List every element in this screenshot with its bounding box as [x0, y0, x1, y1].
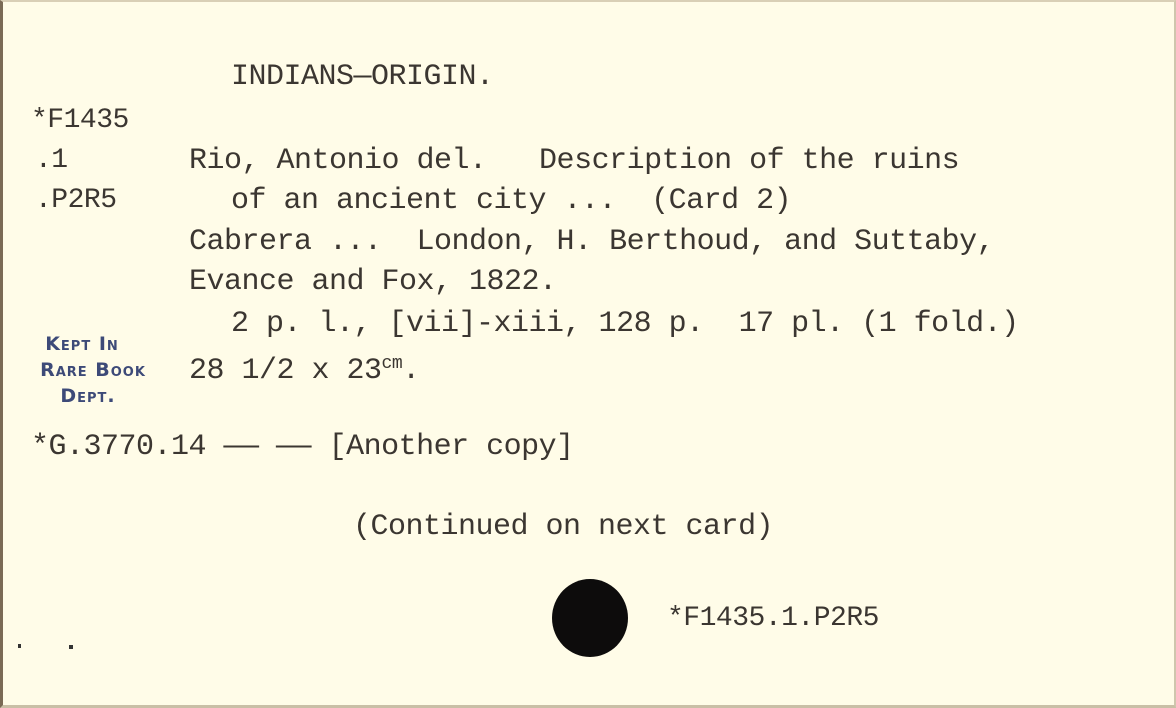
- stamp-line2: Rare Book: [5, 360, 181, 380]
- ink-speck: [69, 645, 73, 649]
- another-copy-call-number: *G.3770.14: [31, 430, 206, 464]
- another-copy-dashes: —— ——: [224, 430, 312, 464]
- dimensions-unit: cm: [382, 354, 403, 374]
- continued-note: (Continued on next card): [353, 510, 773, 544]
- entry-imprint-cont: Evance and Fox, 1822.: [189, 265, 557, 299]
- another-copy-note: [Another copy]: [329, 430, 574, 464]
- another-copy-line: *G.3770.14 —— —— [Another copy]: [31, 430, 574, 464]
- stamp-line1: Kept In: [37, 334, 127, 354]
- entry-author-title: Rio, Antonio del. Description of the rui…: [189, 144, 959, 178]
- dimensions-value: 28 1/2 x 23: [189, 354, 382, 388]
- ink-speck: [18, 644, 21, 648]
- entry-collation: 2 p. l., [vii]-xiii, 128 p. 17 pl. (1 fo…: [231, 307, 1019, 341]
- stamp-line3: Dept.: [43, 386, 133, 406]
- dimensions-period: .: [402, 354, 420, 388]
- entry-imprint: Cabrera ... London, H. Berthoud, and Sut…: [189, 225, 994, 259]
- subject-heading: INDIANS—ORIGIN.: [231, 60, 494, 94]
- call-number-line1: *F1435: [31, 104, 129, 138]
- call-number-line2: .1: [35, 144, 68, 178]
- punch-hole: [552, 579, 628, 657]
- catalog-card: INDIANS—ORIGIN. *F1435 .1 .P2R5 Rio, Ant…: [0, 0, 1176, 708]
- footer-call-number: *F1435.1.P2R5: [667, 602, 879, 636]
- call-number-line3: .P2R5: [35, 184, 117, 218]
- entry-dimensions: 28 1/2 x 23cm.: [189, 347, 420, 388]
- entry-title-cont: of an ancient city ... (Card 2): [231, 184, 791, 218]
